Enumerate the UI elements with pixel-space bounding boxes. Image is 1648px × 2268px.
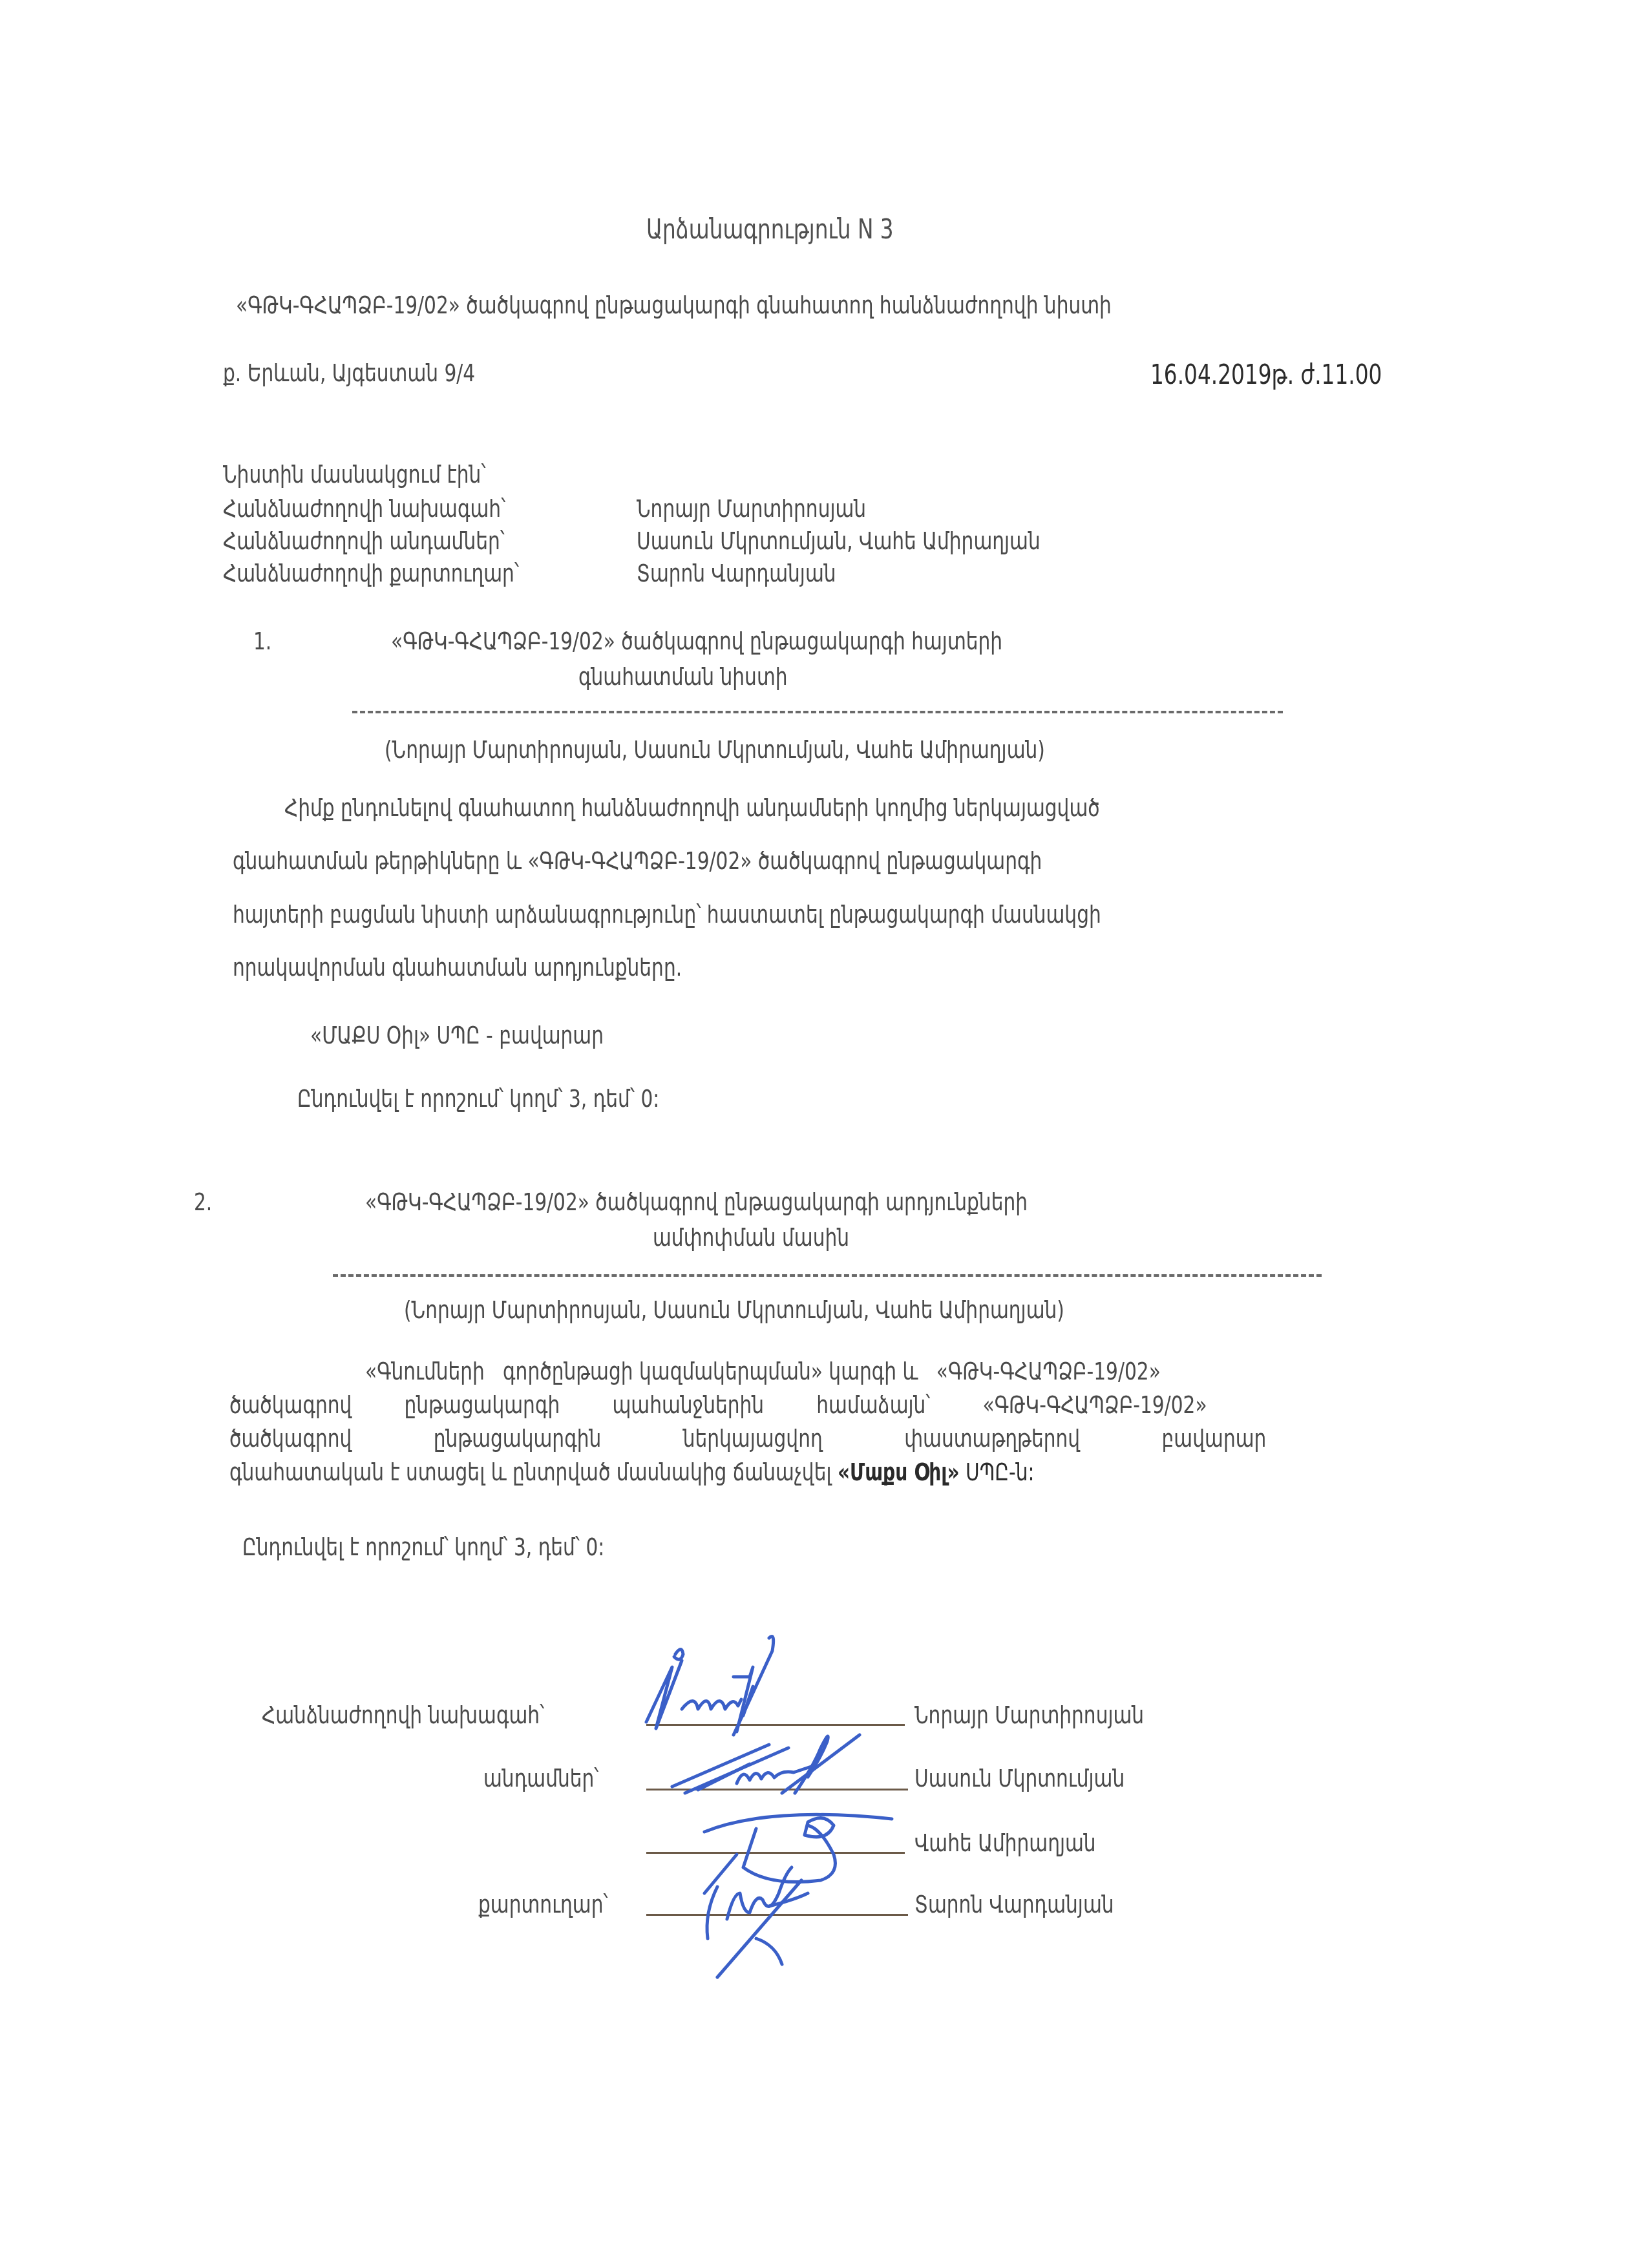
item-body-line: «Գնումների գործընթացի կազմակերպման» կարգ…	[365, 1357, 1161, 1385]
item-heading-cont: ամփոփման մասին	[653, 1223, 849, 1252]
item-heading: «ԳԹԿ-ԳՀԱՊՁԲ-19/02» ծածկագրով ընթացակարգի…	[391, 627, 1002, 655]
signature-name: Տարոն Վարդանյան	[914, 1890, 1114, 1918]
item-speakers: (Նորայր Մարտիրոսյան, Սասուն Մկրտումյան, …	[385, 735, 1045, 764]
document-title: Արձանագրություն N 3	[646, 213, 894, 245]
signature-role: քարտուղար՝	[478, 1890, 608, 1918]
item-body-line: ծածկագրով ընթացակարգի պահանջներին համաձա…	[229, 1391, 1207, 1419]
item-speakers: (Նորայր Մարտիրոսյան, Սասուն Մկրտումյան, …	[404, 1296, 1064, 1324]
item-body-line: ծածկագրով ընթացակարգին ներկայացվող փաստա…	[229, 1424, 1266, 1453]
signature-name: Սասուն Մկրտումյան	[914, 1764, 1125, 1792]
item-body-line: գնահատման թերթիկները և «ԳԹԿ-ԳՀԱՊՁԲ-19/02…	[233, 846, 1042, 875]
item-number: 2.	[194, 1188, 212, 1216]
attendee-names: Նորայր Մարտիրոսյան	[637, 494, 866, 523]
meeting-datetime: 16.04.2019թ. ժ.11.00	[1150, 359, 1382, 390]
signature-role: Հանձնաժողովի նախագահ՝	[262, 1701, 544, 1729]
meeting-location: ք. Երևան, Այգեստան 9/4	[223, 359, 475, 387]
separator-dashed	[352, 711, 1283, 713]
item-number: 1.	[253, 627, 271, 655]
item-body-line: հայտերի բացման նիստի արձանագրությունը՝ հ…	[233, 900, 1101, 929]
attendee-role: Հանձնաժողովի քարտուղար՝	[223, 559, 519, 587]
attendee-role: Հանձնաժողովի նախագահ՝	[223, 494, 505, 523]
attendee-names: Սասուն Մկրտումյան, Վահե Ամիրաղյան	[637, 527, 1041, 555]
item-body-line: Հիմք ընդունելով գնահատող հանձնաժողովի ան…	[284, 793, 1100, 822]
attendees-heading: Նիստին մասնակցում էին՝	[223, 460, 485, 488]
winner-name: «Մաքս Օիլ»	[838, 1458, 960, 1486]
item-heading: «ԳԹԿ-ԳՀԱՊՁԲ-19/02» ծածկագրով ընթացակարգի…	[365, 1188, 1028, 1216]
signature-name: Նորայր Մարտիրոսյան	[914, 1701, 1144, 1729]
signature-role: անդամներ՝	[483, 1764, 598, 1792]
document-subtitle: «ԳԹԿ-ԳՀԱՊՁԲ-19/02» ծածկագրով ընթացակարգի…	[236, 291, 1112, 319]
item-vote: Ընդունվել է որոշում՝ կողմ՝ 3, դեմ՝ 0:	[297, 1084, 659, 1113]
item-body-line: գնահատական է ստացել և ընտրված մասնակից ճ…	[229, 1458, 1035, 1486]
item-heading-cont: գնահատման նիստի	[578, 662, 788, 691]
item-body-line: որակավորման գնահատման արդյունքները.	[233, 953, 682, 982]
item-vote: Ընդունվել է որոշում՝ կողմ՝ 3, դեմ՝ 0:	[242, 1533, 604, 1561]
item-result: «ՄԱՔՍ Օիլ» ՍՊԸ - բավարար	[310, 1021, 604, 1049]
separator-dashed	[333, 1274, 1322, 1277]
attendee-role: Հանձնաժողովի անդամներ՝	[223, 527, 505, 555]
attendee-names: Տարոն Վարդանյան	[637, 559, 836, 587]
signature-name: Վահե Ամիրաղյան	[914, 1829, 1096, 1857]
signature-secretary-icon	[679, 1861, 872, 1984]
